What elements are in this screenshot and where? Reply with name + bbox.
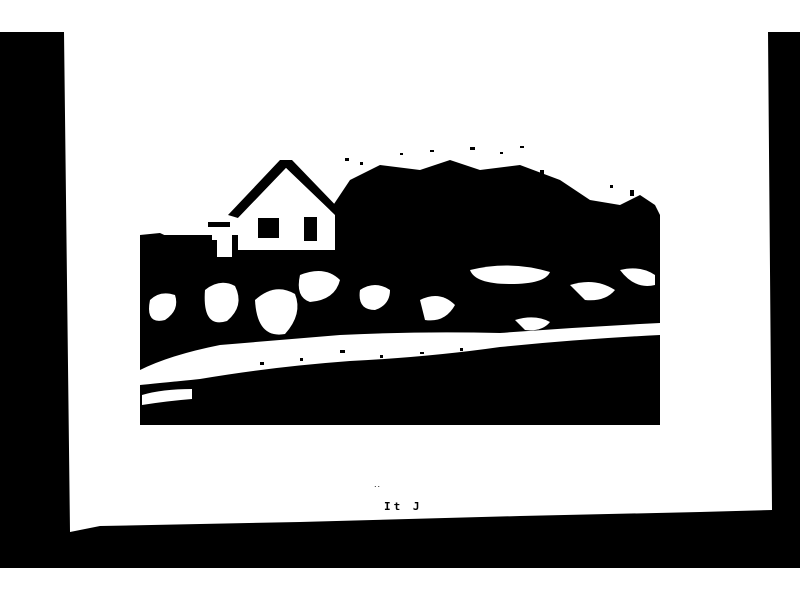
caption-marks: .. (374, 480, 381, 489)
figure-caption: It J (384, 500, 423, 513)
